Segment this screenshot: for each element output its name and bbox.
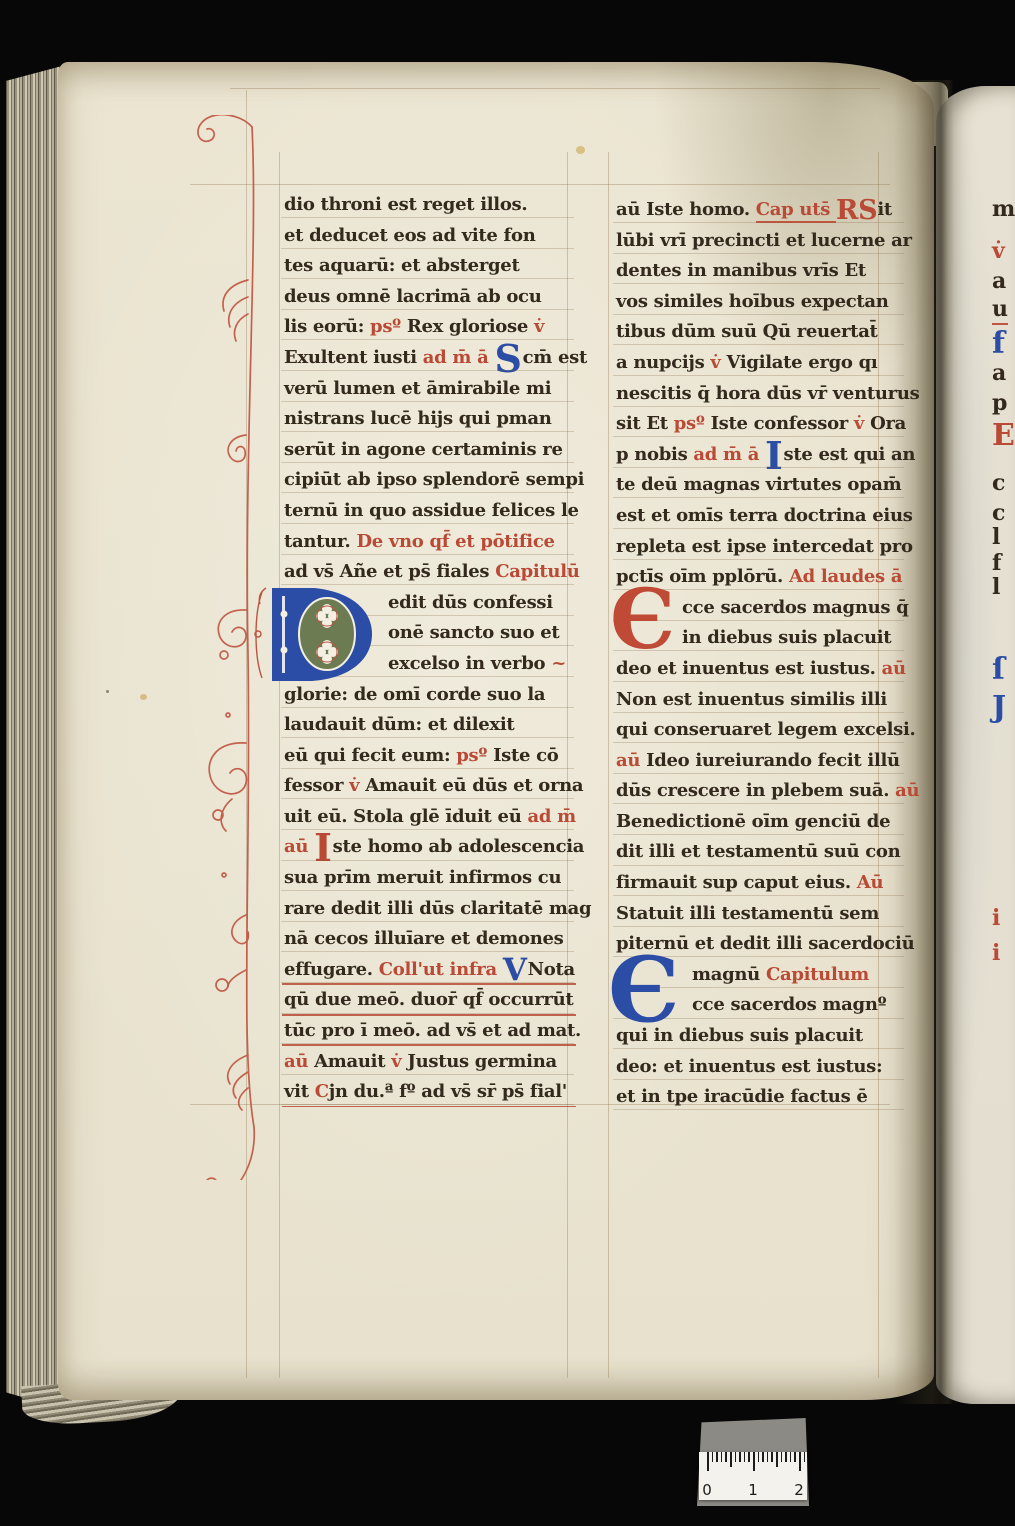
text-segment: et deducet eos ad vite fon [284,225,535,246]
text-segment: cm̄ est [523,347,587,368]
ruler-tick [712,1452,714,1462]
text-segment: repleta est ipse intercedat pro [616,536,913,557]
manuscript-text-line: Exultent iusti ad m̄ ā Scm̄ est [284,343,572,374]
ruler-tick [721,1452,723,1462]
text-segment: psº [674,413,711,434]
ruler-tick [725,1452,727,1462]
book-fore-edge-stack [6,62,62,1414]
text-segment: firmauit sup caput eius. [616,872,857,893]
text-segment: Capitulum [766,964,869,985]
foxing-spot [140,694,147,700]
manuscript-text-line: p nobis ad m̄ ā Iste est qui an [616,440,902,471]
text-segment: Coll'ut infra [379,959,503,980]
text-segment: Amauit [314,1051,391,1072]
ruler-tick [739,1452,741,1462]
ruler-label-0: 0 [702,1481,712,1499]
text-segment: aū [284,1051,314,1072]
text-segment: eū qui fecit eum: [284,745,456,766]
text-segment: Cap uts̄ [756,199,836,223]
foxing-spot [576,146,585,154]
text-segment: v̇ [710,352,726,373]
text-segment: rare dedit illi dūs claritatē mag [284,898,591,919]
text-segment: cce sacerdos magnº [692,994,886,1015]
ruler-tick [794,1452,796,1462]
text-segment: ad m̄ ā [693,444,765,465]
manuscript-text-line: verū lumen et āmirabile mi [284,374,572,405]
text-segment: Ora [870,413,906,434]
chapter-initial-e-blue: Є [608,954,680,1026]
ruler-tick [804,1452,806,1462]
text-segment: deus omnē lacrimā ab ocu [284,286,542,307]
text-segment: ad m̄ ā [423,347,495,368]
text-segment: Rex gloriose [407,316,534,337]
text-segment: RS [836,195,877,226]
text-segment: aū Iste homo. [616,199,756,220]
manuscript-text-line: eū qui fecit eum: psº Iste cō [284,741,572,772]
text-segment: Capitulū [495,561,579,582]
margin-ruling-horizontal [230,88,880,89]
manuscript-text-line: tantur. De vno qf̄ et pōtifice [284,527,572,558]
ruler-label-2: 2 [794,1481,804,1499]
text-segment: dio throni est reget illos. [284,194,527,215]
text-segment: aū [882,658,906,679]
manuscript-text-line: deo: et inuentus est iustus: [616,1052,902,1083]
text-segment: in diebus suis placuit [682,627,891,648]
text-segment: V [503,952,527,988]
text-segment: v̇ [534,316,544,337]
manuscript-text-line: firmauit sup caput eius. Aū [616,868,902,899]
manuscript-right-page-sliver [936,86,1015,1404]
manuscript-text-line: dūs crescere in plebem suā. aū [616,776,902,807]
illuminated-initial-d [252,584,380,686]
ink-speck [106,690,109,693]
manuscript-text-line: effugare. Coll'ut infra VNota [284,955,572,986]
manuscript-text-line: nescitis q̄ hora dūs vr̄ venturus [616,379,902,410]
ruler-tick [799,1452,801,1471]
text-segment: verū lumen et āmirabile mi [284,378,551,399]
ruler-tick [753,1452,755,1471]
text-segment: tibus dūm suū Qū reuertat̄ [616,321,878,342]
text-segment: uit eū. Stola glē īduit eū [284,806,527,827]
manuscript-text-line: lūbi vrī precincti et lucerne ar [616,226,902,257]
text-segment: tūc pro ī meō. ad vs̄ et ad mat. [284,1020,581,1041]
text-segment: psº [370,316,407,337]
text-segment: lis eorū: [284,316,370,337]
text-segment: qū due meō. duor̄ qf̄ occurrūt [284,989,573,1010]
text-segment: deo: et inuentus est iustus: [616,1056,882,1077]
manuscript-text-line: cipiūt ab ipso splendorē sempi [284,465,572,496]
text-segment: qui conseruaret legem excelsi. [616,719,915,740]
manuscript-photo: Є Є dio throni est reget illos.et deduce… [0,0,1015,1526]
text-segment: Exultent iusti [284,347,423,368]
manuscript-text-line: aū Iste homo ab adolescencia [284,832,572,863]
text-segment: est et omīs terra doctrina eius [616,505,913,526]
manuscript-text-line: qui conseruaret legem excelsi. [616,715,902,746]
text-segment: v̇ [854,413,870,434]
text-segment: fessor [284,775,349,796]
text-segment: vit [284,1081,315,1102]
manuscript-text-line: et in tpe iracūdie factus ē [616,1082,902,1113]
manuscript-text-line: fessor v̇ Amauit eū dūs et orna [284,771,572,802]
text-segment: tantur. [284,531,356,552]
text-segment: jn du.ª fº ad vs̄ sr̄ ps̄ fial' [329,1081,567,1102]
text-segment: a nupcijs [616,352,710,373]
text-segment: psº [456,745,493,766]
text-segment: nescitis q̄ hora dūs vr̄ venturus [616,383,919,404]
ruler-tick [730,1452,732,1467]
text-segment: sit Et [616,413,674,434]
manuscript-text-line: dio throni est reget illos. [284,190,572,221]
text-segment: ad vs̄ Añe et ps̄ fiales [284,561,495,582]
text-segment: tes aquarū: et absterget [284,255,519,276]
text-segment: nā cecos illuīare et demones [284,928,564,949]
text-segment: Ad laudes ā [789,566,902,587]
text-segment: v̇ [349,775,365,796]
text-segment: De vno qf̄ et pōtifice [356,531,554,552]
text-segment: it [877,199,892,220]
ruler-tick [707,1452,709,1471]
text-segment: aū [616,750,646,771]
ruler-tick [762,1452,764,1462]
manuscript-text-line: dentes in manibus vrīs Et [616,256,902,287]
text-segment: v̇ [391,1051,407,1072]
ruler-tick [744,1452,746,1462]
text-segment: Iste confessor [711,413,854,434]
text-segment: C [315,1081,329,1102]
text-segment: Aū [857,872,883,893]
manuscript-text-line: lis eorū: psº Rex gloriose v̇ [284,312,572,343]
text-segment: glorie: de omī corde suo la [284,684,545,705]
text-segment: lūbi vrī precincti et lucerne ar [616,230,912,251]
column-ruling-vertical [608,152,609,1378]
manuscript-text-line: sua prīm meruit infirmos cu [284,863,572,894]
manuscript-text-line: et deducet eos ad vite fon [284,221,572,252]
manuscript-text-line: laudauit dūm: et dilexit [284,710,572,741]
manuscript-text-line: a nupcijs v̇ Vigilate ergo qı [616,348,902,379]
ruler-tick [735,1452,737,1462]
text-segment: Nota [528,959,575,980]
text-segment: dentes in manibus vrīs Et [616,260,866,281]
text-segment: ste est qui an [784,444,916,465]
text-segment: aū [284,836,314,857]
manuscript-text-line: dit illi et testamentū suū con [616,837,902,868]
text-segment: dūs crescere in plebem suā. [616,780,895,801]
manuscript-text-line: ternū in quo assidue felices le [284,496,572,527]
manuscript-text-line: tibus dūm suū Qū reuertat̄ [616,317,902,348]
text-segment: Non est inuentus similis illi [616,689,887,710]
manuscript-text-line: qū due meō. duor̄ qf̄ occurrūt [284,985,572,1016]
manuscript-text-line: vit Cjn du.ª fº ad vs̄ sr̄ ps̄ fial' [284,1077,572,1108]
text-segment: Benedictionē oīm genciū de [616,811,890,832]
text-segment: magnū [692,964,766,985]
text-segment: cce sacerdos magnus q̄ [682,597,908,618]
manuscript-text-line: sit Et psº Iste confessor v̇ Ora [616,409,902,440]
text-segment: Vigilate ergo qı [727,352,878,373]
ruler-tick [776,1452,778,1467]
manuscript-text-line: aū Iste homo. Cap uts̄ RSit [616,195,902,226]
manuscript-text-line: nā cecos illuīare et demones [284,924,572,955]
text-segment: vos similes hoībus expectan [616,291,889,312]
manuscript-text-line: repleta est ipse intercedat pro [616,532,902,563]
text-segment: ad m̄ [527,806,575,827]
manuscript-text-line: serūt in agone certaminis re [284,435,572,466]
text-segment: edit dūs confessi [388,592,553,613]
text-segment: Iste cō [493,745,558,766]
text-segment: ternū in quo assidue felices le [284,500,579,521]
manuscript-text-line: Non est inuentus similis illi [616,685,902,716]
text-segment: excelso in verbo [388,653,551,674]
manuscript-text-line: Benedictionē oīm genciū de [616,807,902,838]
manuscript-text-line: est et omīs terra doctrina eius [616,501,902,532]
ruler-label-1: 1 [748,1481,758,1499]
text-segment: nistrans lucē hijs qui pman [284,408,552,429]
text-segment: serūt in agone certaminis re [284,439,563,460]
text-segment: Statuit illi testamentū sem [616,903,879,924]
manuscript-text-line: aū Amauit v̇ Justus germina [284,1047,572,1078]
manuscript-text-line: Statuit illi testamentū sem [616,899,902,930]
manuscript-text-line: te deū magnas virtutes opam̄ [616,470,902,501]
manuscript-text-line: rare dedit illi dūs claritatē mag [284,894,572,925]
text-segment: Justus germina [407,1051,557,1072]
text-segment: et in tpe iracūdie factus ē [616,1086,868,1107]
manuscript-text-line: nistrans lucē hijs qui pman [284,404,572,435]
text-segment: cipiūt ab ipso splendorē sempi [284,469,584,490]
ruler-tick [767,1452,769,1462]
chapter-initial-e-red: Є [610,588,675,652]
scale-bar-ruler: 0 1 2 [699,1452,807,1500]
text-segment: onē sancto suo et [388,622,559,643]
manuscript-text-line: tes aquarū: et absterget [284,251,572,282]
manuscript-text-line: tūc pro ī meō. ad vs̄ et ad mat. [284,1016,572,1047]
ruler-tick [785,1452,787,1462]
text-segment: aū [895,780,919,801]
text-segment: te deū magnas virtutes opam̄ [616,474,901,495]
text-segment: p nobis [616,444,693,465]
text-segment: laudauit dūm: et dilexit [284,714,514,735]
text-segment: dit illi et testamentū suū con [616,841,900,862]
ruler-tick [748,1452,750,1462]
text-segment: ste homo ab adolescencia [333,836,585,857]
manuscript-text-line: vos similes hoībus expectan [616,287,902,318]
text-segment: Ideo iureiurando fecit illū [646,750,900,771]
text-segment: effugare. [284,959,379,980]
text-segment: ~ [551,653,566,674]
ruler-tick [790,1452,792,1462]
text-segment: Amauit eū dūs et orna [365,775,583,796]
ruler-tick [781,1452,783,1462]
manuscript-text-line: aū Ideo iureiurando fecit illū [616,746,902,777]
text-segment: sua prīm meruit infirmos cu [284,867,561,888]
ruler-tick [716,1452,718,1462]
ruler-tick [771,1452,773,1462]
ruler-tick [758,1452,760,1462]
manuscript-text-line: deus omnē lacrimā ab ocu [284,282,572,313]
